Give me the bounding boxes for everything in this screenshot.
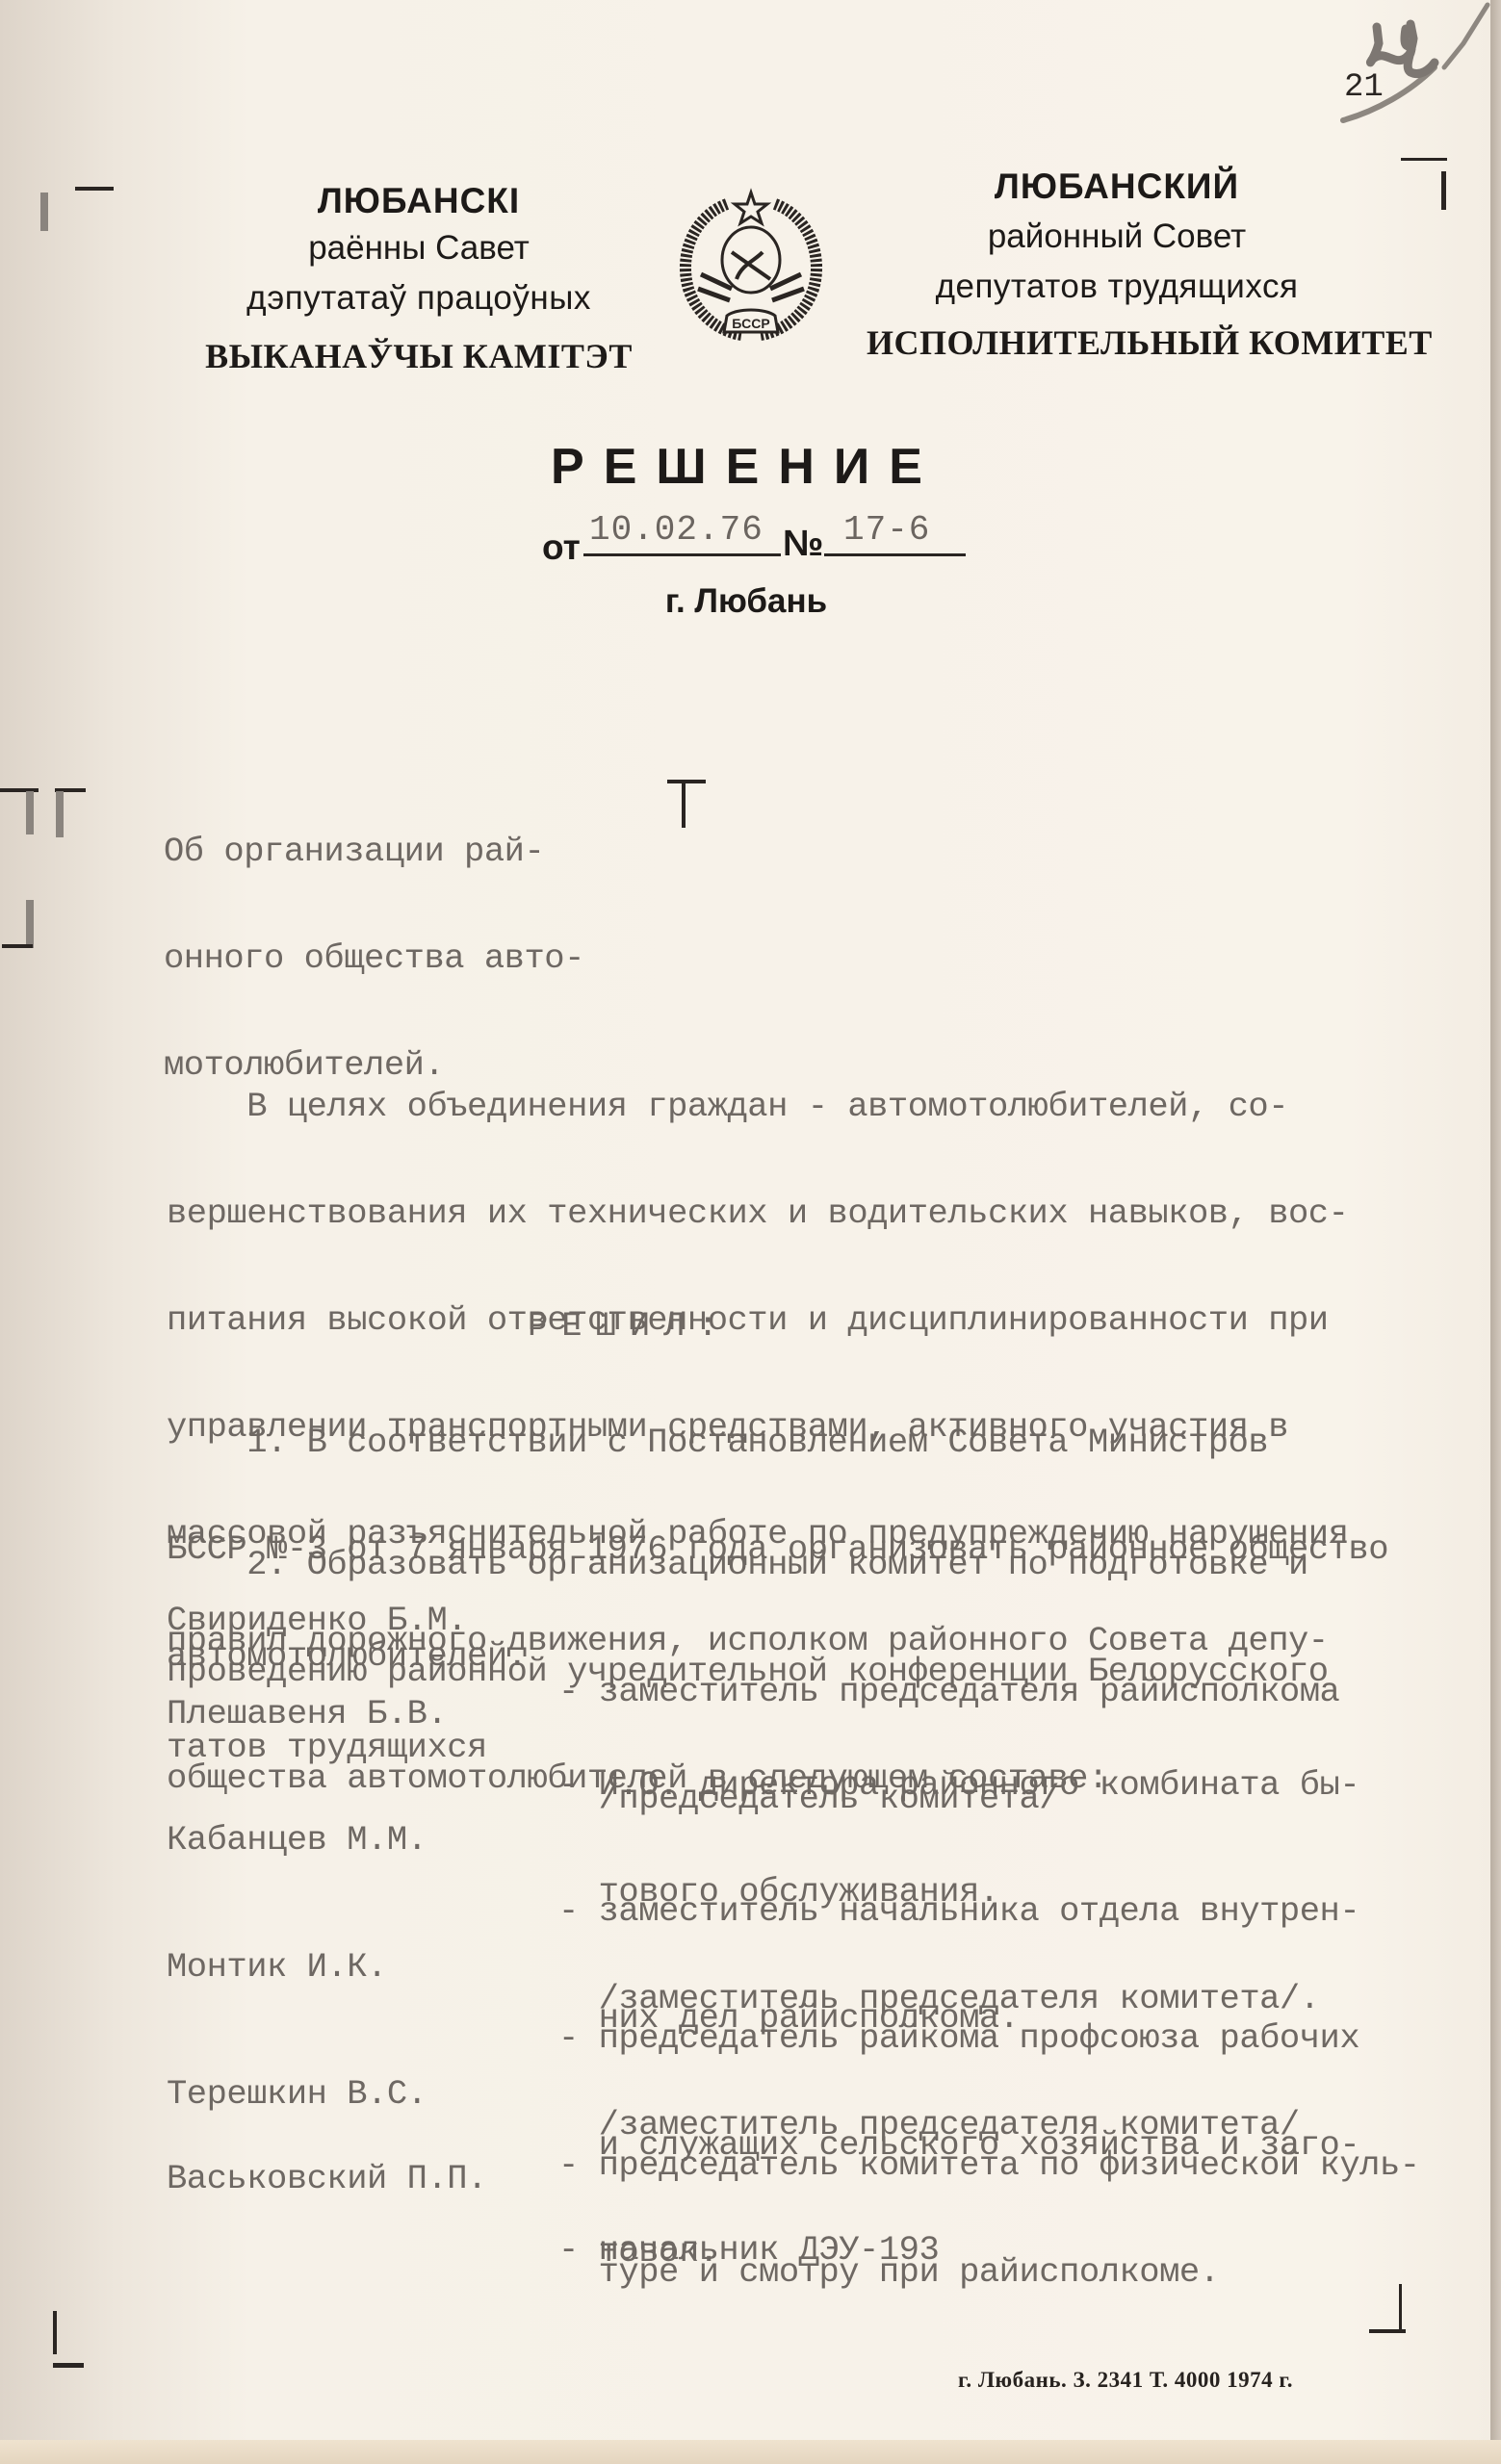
page-edge-shadow [1490, 0, 1501, 2464]
letterhead-ru-line2: районный Совет [867, 219, 1367, 253]
page-bottom-edge [0, 2440, 1501, 2464]
letterhead-ru-line4: ИСПОЛНИТЕЛЬНЫЙ КОМИТЕТ [867, 325, 1367, 360]
registration-mark [682, 782, 686, 828]
subject-line: онного общества авто- [164, 940, 584, 976]
letterhead-be-line3: дэпутатаў працоўных [193, 281, 645, 315]
role-line: - И.О. директора районного комбината бы- [558, 1767, 1359, 1803]
registration-mark [2, 944, 33, 948]
date-field: 10.02.76 [583, 510, 781, 556]
registration-mark [56, 791, 64, 837]
document-type-title: РЕШЕНИЕ [481, 438, 1011, 496]
letterhead-be-line2: раённы Савет [193, 231, 645, 265]
bssr-coat-of-arms-icon: БССР [674, 183, 828, 342]
preamble-line: питания высокой ответственности и дисцип… [167, 1302, 1348, 1338]
registration-mark [667, 780, 706, 783]
subject-line: Об организации рай- [164, 834, 584, 869]
preamble-line: В целях объединения граждан - автомотолю… [167, 1089, 1348, 1124]
handwritten-folio-number [1319, 0, 1501, 135]
emblem-ribbon-text: БССР [732, 316, 769, 331]
member-name: Терешкин В.С. [167, 2076, 427, 2112]
registration-mark [1401, 158, 1447, 161]
member-name: Свириденко Б.М. [167, 1603, 467, 1638]
registration-mark [53, 2363, 84, 2368]
role-line: - председатель райкома профсоюза рабочих [558, 2020, 1359, 2056]
number-prefix: № [783, 524, 823, 565]
number-field: 17-6 [824, 510, 966, 556]
number-value: 17-6 [843, 510, 930, 550]
member-name: Монтик И.К. [167, 1949, 387, 1985]
registration-mark [40, 192, 48, 231]
role-line: - начальник ДЭУ-193 [558, 2232, 939, 2268]
registration-mark [75, 187, 114, 191]
document-city: г. Любань [481, 582, 1011, 621]
printer-imprint: г. Любань. З. 2341 Т. 4000 1974 г. [958, 2368, 1293, 2393]
letterhead-be-line4: ВЫКАНАЎЧЫ КАМІТЭТ [193, 339, 645, 373]
registration-mark [26, 900, 34, 948]
member-role: - начальник ДЭУ-193 [558, 2161, 939, 2339]
date-value: 10.02.76 [589, 510, 763, 550]
registration-mark [53, 2311, 57, 2354]
letterhead-be-line1: ЛЮБАНСКІ [193, 183, 645, 218]
registration-mark [26, 791, 34, 834]
item-line: 2. Образовать организационный комитет по… [167, 1547, 1329, 1582]
member-name: Васьковский П.П. [167, 2161, 487, 2196]
letterhead-ru-line3: депутатов трудящихся [867, 269, 1367, 303]
date-prefix: от [542, 527, 581, 568]
preamble-line: вершенствования их технических и водител… [167, 1195, 1348, 1231]
registration-mark [1441, 171, 1446, 210]
page-number: 21 [1344, 69, 1384, 106]
item-line: 1. В соответствии с Постановлением Совет… [167, 1424, 1388, 1460]
resolved-heading: РЕШИЛ: [528, 1308, 732, 1344]
member-name: Плешавеня Б.В. [167, 1696, 447, 1732]
member-name: Кабанцев М.М. [167, 1822, 427, 1858]
role-line: - заместитель начальника отдела внутрен- [558, 1893, 1359, 1929]
letterhead-ru-line1: ЛЮБАНСКИЙ [867, 168, 1367, 204]
